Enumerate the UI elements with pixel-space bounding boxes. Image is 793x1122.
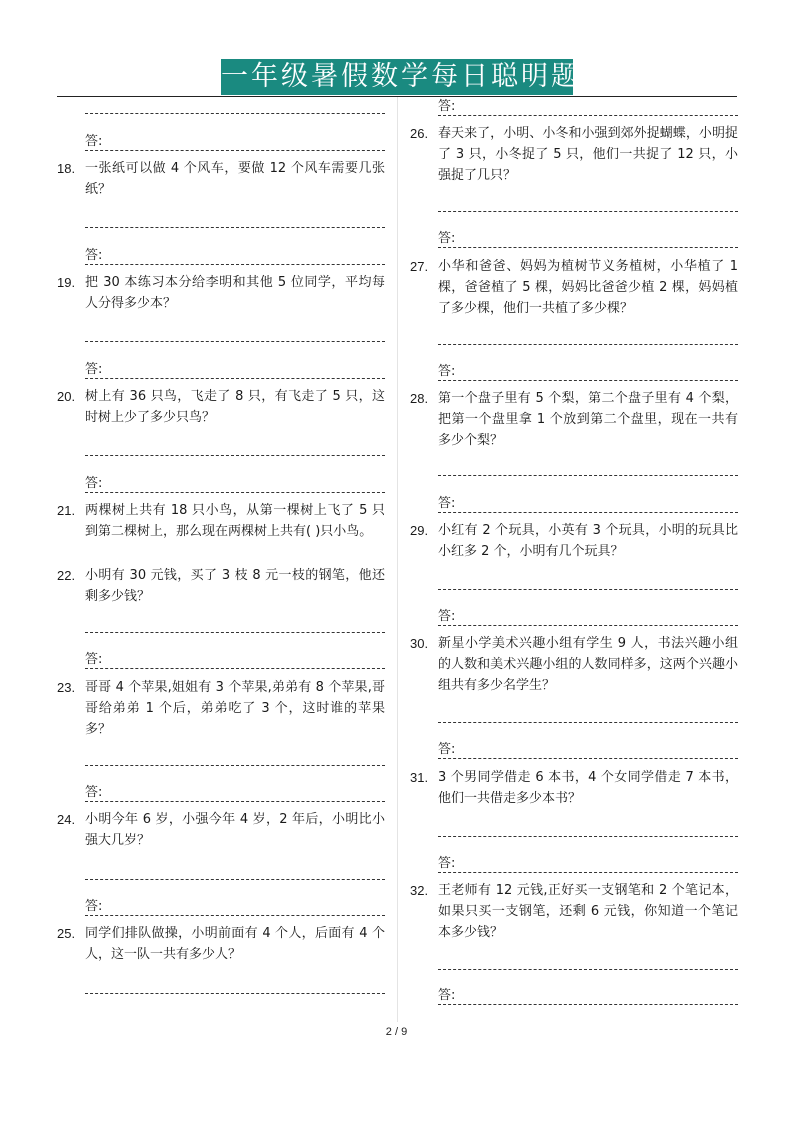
answer-line [438,512,738,513]
answer-label: 答: [85,248,102,264]
question-number: 24. [57,809,85,830]
question-text: 王老师有 12 元钱,正好买一支钢笔和 2 个笔记本，如果只买一支钢笔，还剩 6… [438,880,738,943]
answer-work-line [85,227,385,228]
answer-label: 答: [438,231,455,247]
question-22: 22. 小明有 30 元钱，买了 3 枝 8 元一枝的钢笔，他还剩多少钱？ [57,565,385,607]
question-number: 28. [410,388,438,409]
question-number: 32. [410,880,438,901]
question-text: 小明今年 6 岁，小强今年 4 岁，2 年后，小明比小强大几岁？ [85,809,385,851]
answer-label: 答: [438,364,455,380]
question-number: 22. [57,565,85,586]
question-31: 31. 3 个男同学借走 6 本书，4 个女同学借走 7 本书，他们一共借走多少… [410,767,738,809]
answer-line [438,247,738,248]
question-24: 24. 小明今年 6 岁，小强今年 4 岁，2 年后，小明比小强大几岁？ [57,809,385,851]
answer-work-line [85,113,385,114]
answer-work-line [85,879,385,880]
answer-label: 答: [438,609,455,625]
question-text: 小明有 30 元钱，买了 3 枝 8 元一枝的钢笔，他还剩多少钱？ [85,565,385,607]
answer-line [438,872,738,873]
answer-label: 答: [438,99,455,115]
answer-label: 答: [438,496,455,512]
answer-line [438,758,738,759]
answer-work-line [85,993,385,994]
answer-label: 答: [85,652,102,668]
answer-work-line [85,455,385,456]
question-27: 27. 小华和爸爸、妈妈为植树节义务植树，小华植了 1 棵，爸爸植了 5 棵，妈… [410,256,738,319]
page-indicator: 2 / 9 [0,1026,793,1038]
answer-label: 答: [85,476,102,492]
question-text: 新星小学美术兴趣小组有学生 9 人，书法兴趣小组的人数和美术兴趣小组的人数同样多… [438,633,738,696]
question-text: 树上有 36 只鸟，飞走了 8 只，有飞走了 5 只，这时树上少了多少只鸟？ [85,386,385,428]
question-number: 19. [57,272,85,293]
question-28: 28. 第一个盘子里有 5 个梨，第二个盘子里有 4 个梨，把第一个盘里拿 1 … [410,388,738,451]
answer-work-line [85,632,385,633]
answer-label: 答: [85,362,102,378]
answer-label: 答: [85,785,102,801]
answer-work-line [438,722,738,723]
answer-line [85,492,385,493]
answer-line [438,115,738,116]
question-18: 18. 一张纸可以做 4 个风车，要做 12 个风车需要几张纸？ [57,158,385,200]
answer-line [438,1004,738,1005]
question-text: 小华和爸爸、妈妈为植树节义务植树，小华植了 1 棵，爸爸植了 5 棵，妈妈比爸爸… [438,256,738,319]
question-25: 25. 同学们排队做操，小明前面有 4 个人，后面有 4 个人，这一队一共有多少… [57,923,385,965]
answer-work-line [85,341,385,342]
question-text: 3 个男同学借走 6 本书，4 个女同学借走 7 本书，他们一共借走多少本书？ [438,767,738,809]
question-19: 19. 把 30 本练习本分给李明和其他 5 位同学，平均每人分得多少本？ [57,272,385,314]
question-number: 27. [410,256,438,277]
question-text: 第一个盘子里有 5 个梨，第二个盘子里有 4 个梨，把第一个盘里拿 1 个放到第… [438,388,738,451]
question-text: 哥哥 4 个苹果,姐姐有 3 个苹果,弟弟有 8 个苹果,哥哥给弟弟 1 个后，… [85,677,385,740]
question-29: 29. 小红有 2 个玩具，小英有 3 个玩具，小明的玩具比小红多 2 个，小明… [410,520,738,562]
answer-work-line [438,344,738,345]
answer-line [85,378,385,379]
answer-line [85,915,385,916]
answer-work-line [438,969,738,970]
question-32: 32. 王老师有 12 元钱,正好买一支钢笔和 2 个笔记本，如果只买一支钢笔，… [410,880,738,943]
answer-line [85,264,385,265]
question-text: 两棵树上共有 18 只小鸟，从第一棵树上飞了 5 只到第二棵树上，那么现在两棵树… [85,500,385,542]
answer-label: 答: [438,856,455,872]
answer-line [438,625,738,626]
question-number: 26. [410,123,438,144]
question-number: 31. [410,767,438,788]
question-21: 21. 两棵树上共有 18 只小鸟，从第一棵树上飞了 5 只到第二棵树上，那么现… [57,500,385,542]
answer-label: 答: [438,742,455,758]
question-number: 30. [410,633,438,654]
question-number: 23. [57,677,85,698]
answer-line [85,150,385,151]
question-number: 21. [57,500,85,521]
question-number: 18. [57,158,85,179]
question-26: 26. 春天来了，小明、小冬和小强到郊外捉蝴蝶，小明捉了 3 只，小冬捉了 5 … [410,123,738,186]
column-divider [397,97,398,1022]
question-number: 20. [57,386,85,407]
answer-work-line [438,211,738,212]
question-20: 20. 树上有 36 只鸟，飞走了 8 只，有飞走了 5 只，这时树上少了多少只… [57,386,385,428]
answer-label: 答: [85,899,102,915]
answer-work-line [438,836,738,837]
question-number: 29. [410,520,438,541]
answer-line [85,668,385,669]
question-number: 25. [57,923,85,944]
answer-label: 答: [438,988,455,1004]
question-23: 23. 哥哥 4 个苹果,姐姐有 3 个苹果,弟弟有 8 个苹果,哥哥给弟弟 1… [57,677,385,740]
question-text: 小红有 2 个玩具，小英有 3 个玩具，小明的玩具比小红多 2 个，小明有几个玩… [438,520,738,562]
answer-work-line [85,765,385,766]
answer-line [438,380,738,381]
question-30: 30. 新星小学美术兴趣小组有学生 9 人，书法兴趣小组的人数和美术兴趣小组的人… [410,633,738,696]
answer-label: 答: [85,134,102,150]
question-text: 同学们排队做操，小明前面有 4 个人，后面有 4 个人，这一队一共有多少人？ [85,923,385,965]
answer-work-line [438,589,738,590]
answer-work-line [438,475,738,476]
page-title-banner: 一年级暑假数学每日聪明题 [221,59,573,95]
question-text: 春天来了，小明、小冬和小强到郊外捉蝴蝶，小明捉了 3 只，小冬捉了 5 只，他们… [438,123,738,186]
answer-line [85,801,385,802]
question-text: 一张纸可以做 4 个风车，要做 12 个风车需要几张纸？ [85,158,385,200]
question-text: 把 30 本练习本分给李明和其他 5 位同学，平均每人分得多少本？ [85,272,385,314]
